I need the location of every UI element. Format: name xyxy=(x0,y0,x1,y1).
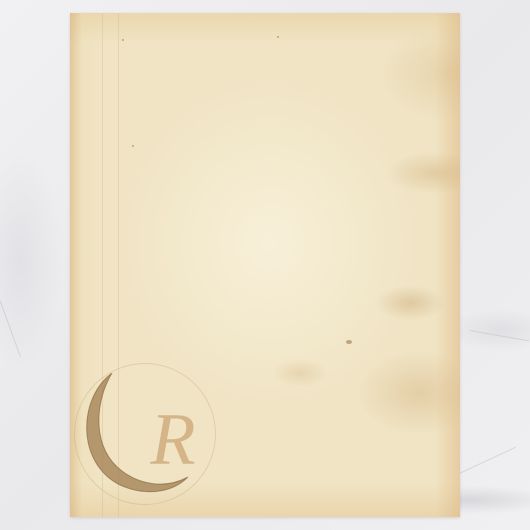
paper-speck xyxy=(277,36,279,38)
letterhead-paper: R xyxy=(70,13,460,517)
paper-speck xyxy=(122,39,124,41)
paper-speck xyxy=(346,340,352,344)
paper-speck xyxy=(132,145,134,147)
monogram-letter: R xyxy=(133,395,213,485)
